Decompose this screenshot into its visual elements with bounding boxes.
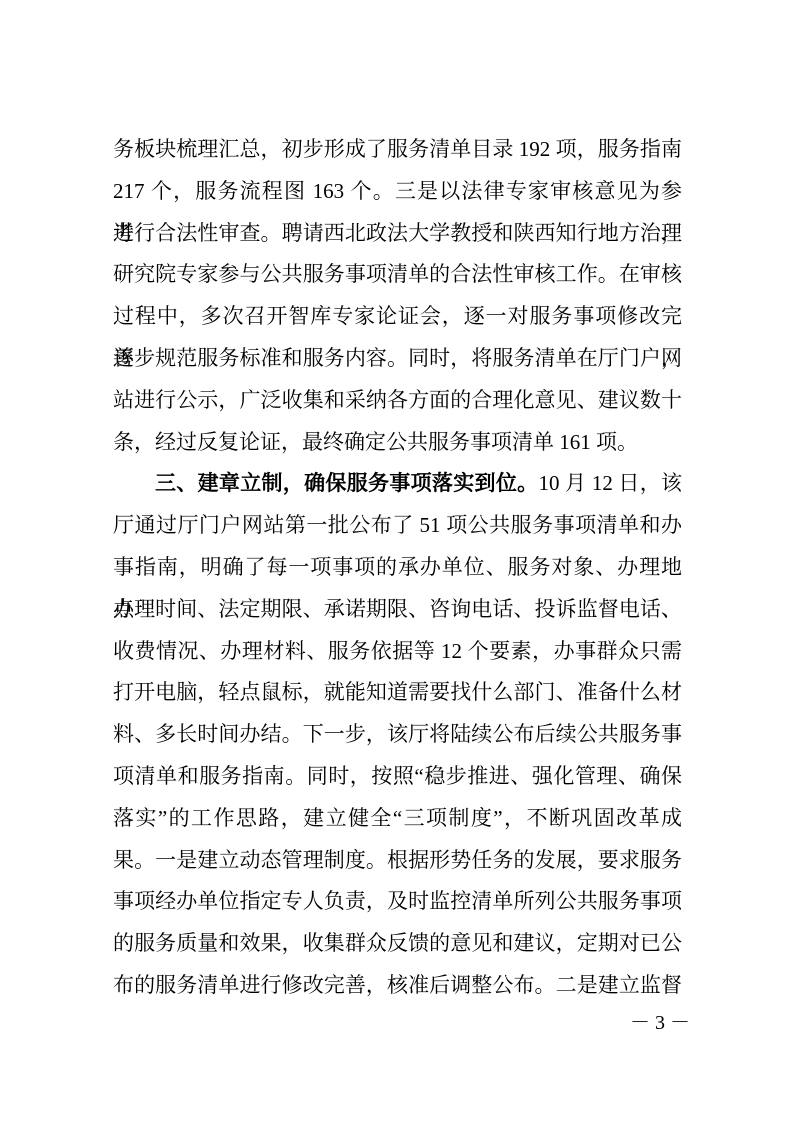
document-page: 务板块梳理汇总，初步形成了服务清单目录 192 项，服务指南217 个，服务流程… [0,0,794,1123]
text-segment: 站进行公示，广泛收集和采纳各方面的合理化意见、建议数十 [113,388,682,412]
text-line: 落实”的工作思路，建立健全“三项制度”，不断巩固改革成 [113,798,682,840]
text-segment: 果。一是建立动态管理制度。根据形势任务的发展，要求服务 [113,848,682,872]
text-line: 料、多长时间办结。下一步，该厅将陆续公布后续公共服务事 [113,714,682,756]
heading-segment: 三、建章立制，确保服务事项落实到位。 [155,472,538,495]
text-segment: 办理时间、法定期限、承诺期限、咨询电话、投诉监督电话、 [113,597,682,621]
text-line: 研究院专家参与公共服务事项清单的合法性审核工作。在审核 [113,254,682,296]
text-line: 办理时间、法定期限、承诺期限、咨询电话、投诉监督电话、 [113,589,682,631]
text-segment: 打开电脑，轻点鼠标，就能知道需要找什么部门、准备什么材 [113,680,682,704]
text-segment: 10 月 12 日，该 [538,471,682,495]
text-segment: 研究院专家参与公共服务事项清单的合法性审核工作。在审核 [113,262,682,286]
text-block: 务板块梳理汇总，初步形成了服务清单目录 192 项，服务指南217 个，服务流程… [113,129,682,1007]
text-segment: 的服务质量和效果，收集群众反馈的意见和建议，定期对已公 [113,931,682,955]
text-line: 打开电脑，轻点鼠标，就能知道需要找什么部门、准备什么材 [113,672,682,714]
text-segment: 厅通过厅门户网站第一批公布了 51 项公共服务事项清单和办 [113,513,682,537]
text-segment: 事项经办单位指定专人负责，及时监控清单所列公共服务事项 [113,889,682,913]
text-line: 果。一是建立动态管理制度。根据形势任务的发展，要求服务 [113,840,682,882]
text-segment: 落实”的工作思路，建立健全“三项制度”，不断巩固改革成 [113,806,682,830]
text-line: 217 个，服务流程图 163 个。三是以法律专家审核意见为参考， [113,171,682,213]
text-line: 的服务质量和效果，收集群众反馈的意见和建议，定期对已公 [113,923,682,965]
text-line: 站进行公示，广泛收集和采纳各方面的合理化意见、建议数十 [113,380,682,422]
text-line: 收费情况、办理材料、服务依据等 12 个要素，办事群众只需 [113,631,682,673]
text-segment: 料、多长时间办结。下一步，该厅将陆续公布后续公共服务事 [113,722,682,746]
text-line: 三、建章立制，确保服务事项落实到位。10 月 12 日，该 [113,463,682,505]
text-line: 进行合法性审查。聘请西北政法大学教授和陕西知行地方治理 [113,213,682,255]
text-segment: 进行合法性审查。聘请西北政法大学教授和陕西知行地方治理 [113,221,682,245]
text-segment: 逐步规范服务标准和服务内容。同时，将服务清单在厅门户网 [113,346,682,370]
text-line: 条，经过反复论证，最终确定公共服务事项清单 161 项。 [113,422,682,464]
text-segment: 务板块梳理汇总，初步形成了服务清单目录 192 项，服务指南 [113,137,682,161]
text-segment: 收费情况、办理材料、服务依据等 12 个要素，办事群众只需 [113,639,682,663]
text-line: 项清单和服务指南。同时，按照“稳步推进、强化管理、确保 [113,756,682,798]
text-line: 逐步规范服务标准和服务内容。同时，将服务清单在厅门户网 [113,338,682,380]
page-number: － 3 － [630,1008,690,1038]
text-line: 过程中，多次召开智库专家论证会，逐一对服务事项修改完善， [113,296,682,338]
text-segment: 条，经过反复论证，最终确定公共服务事项清单 161 项。 [113,430,638,454]
text-line: 布的服务清单进行修改完善，核准后调整公布。二是建立监督 [113,965,682,1007]
text-line: 务板块梳理汇总，初步形成了服务清单目录 192 项，服务指南 [113,129,682,171]
text-segment: 项清单和服务指南。同时，按照“稳步推进、强化管理、确保 [113,764,682,788]
text-line: 事项经办单位指定专人负责，及时监控清单所列公共服务事项 [113,881,682,923]
text-line: 事指南，明确了每一项事项的承办单位、服务对象、办理地点、 [113,547,682,589]
text-segment: 布的服务清单进行修改完善，核准后调整公布。二是建立监督 [113,973,682,997]
text-line: 厅通过厅门户网站第一批公布了 51 项公共服务事项清单和办 [113,505,682,547]
